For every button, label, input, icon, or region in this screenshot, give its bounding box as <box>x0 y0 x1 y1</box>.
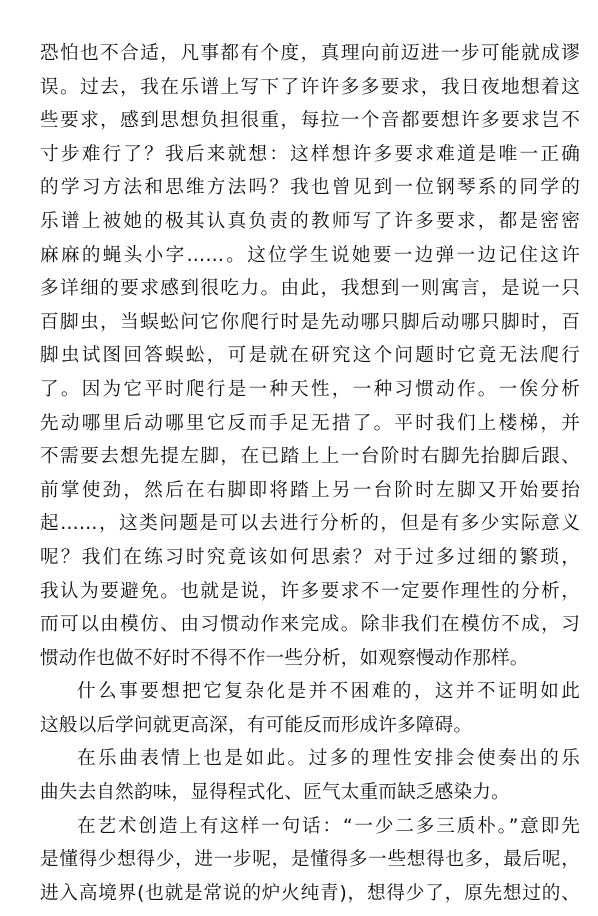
text-line-12: 先动哪里后动哪里它反而手足无措了。平时我们上楼梯，并 <box>40 407 580 441</box>
text-line-8: 多详细的要求感到很吃力。由此，我想到一则寓言，是说一只 <box>40 272 580 306</box>
text-line-6: 乐谱上被她的极其认真负责的教师写了许多要求，都是密密 <box>40 205 580 239</box>
text-line-14: 前掌使劲，然后在右脚即将踏上另一台阶时左脚又开始要抬 <box>40 474 580 508</box>
text-line-16: 呢？我们在练习时究竟该如何思索？对于过多过细的繁琐， <box>40 541 580 575</box>
text-line-23: 曲失去自然韵味，显得程式化、匠气太重而缺乏感染力。 <box>40 776 580 810</box>
text-line-10: 脚虫试图回答蜈蚣，可是就在研究这个问题时它竟无法爬行 <box>40 339 580 373</box>
text-line-3: 些要求，感到思想负担很重，每拉一个音都要想许多要求岂不 <box>40 104 580 138</box>
text-line-2: 误。过去，我在乐谱上写下了许许多多要求，我日夜地想着这 <box>40 71 580 105</box>
text-line-17: 我认为要避免。也就是说，许多要求不一定要作理性的分析， <box>40 575 580 609</box>
text-line-25: 是懂得少想得少，进一步呢，是懂得多一些想得也多，最后呢， <box>40 843 580 877</box>
text-line-19: 惯动作也做不好时不得不作一些分析，如观察慢动作那样。 <box>40 642 580 676</box>
text-line-21: 这般以后学问就更高深，有可能反而形成许多障碍。 <box>40 709 580 743</box>
text-line-24: 在艺术创造上有这样一句话：“一少二多三质朴。”意即先 <box>40 810 580 844</box>
text-line-18: 而可以由模仿、由习惯动作来完成。除非我们在模仿不成，习 <box>40 608 580 642</box>
text-line-5: 的学习方法和思维方法吗？我也曾见到一位钢琴系的同学的 <box>40 171 580 205</box>
text-line-4: 寸步难行了？我后来就想：这样想许多要求难道是唯一正确 <box>40 138 580 172</box>
text-line-1: 恐怕也不合适，凡事都有个度，真理向前迈进一步可能就成谬 <box>40 37 580 71</box>
document-page: 恐怕也不合适，凡事都有个度，真理向前迈进一步可能就成谬 误。过去，我在乐谱上写下… <box>40 37 580 910</box>
text-line-7: 麻麻的蝇头小字……。这位学生说她要一边弹一边记住这许 <box>40 239 580 273</box>
text-line-9: 百脚虫，当蜈蚣问它你爬行时是先动哪只脚后动哪只脚时，百 <box>40 306 580 340</box>
text-line-20: 什么事要想把它复杂化是并不困难的，这并不证明如此 <box>40 675 580 709</box>
text-line-22: 在乐曲表情上也是如此。过多的理性安排会使奏出的乐 <box>40 742 580 776</box>
text-line-11: 了。因为它平时爬行是一种天性，一种习惯动作。一俟分析 <box>40 373 580 407</box>
text-line-15: 起……，这类问题是可以去进行分析的，但是有多少实际意义 <box>40 507 580 541</box>
text-line-13: 不需要去想先提左脚，在已踏上上一台阶时右脚先抬脚后跟、 <box>40 440 580 474</box>
text-line-26: 进入高境界(也就是常说的炉火纯青)，想得少了，原先想过的、 <box>40 877 580 911</box>
